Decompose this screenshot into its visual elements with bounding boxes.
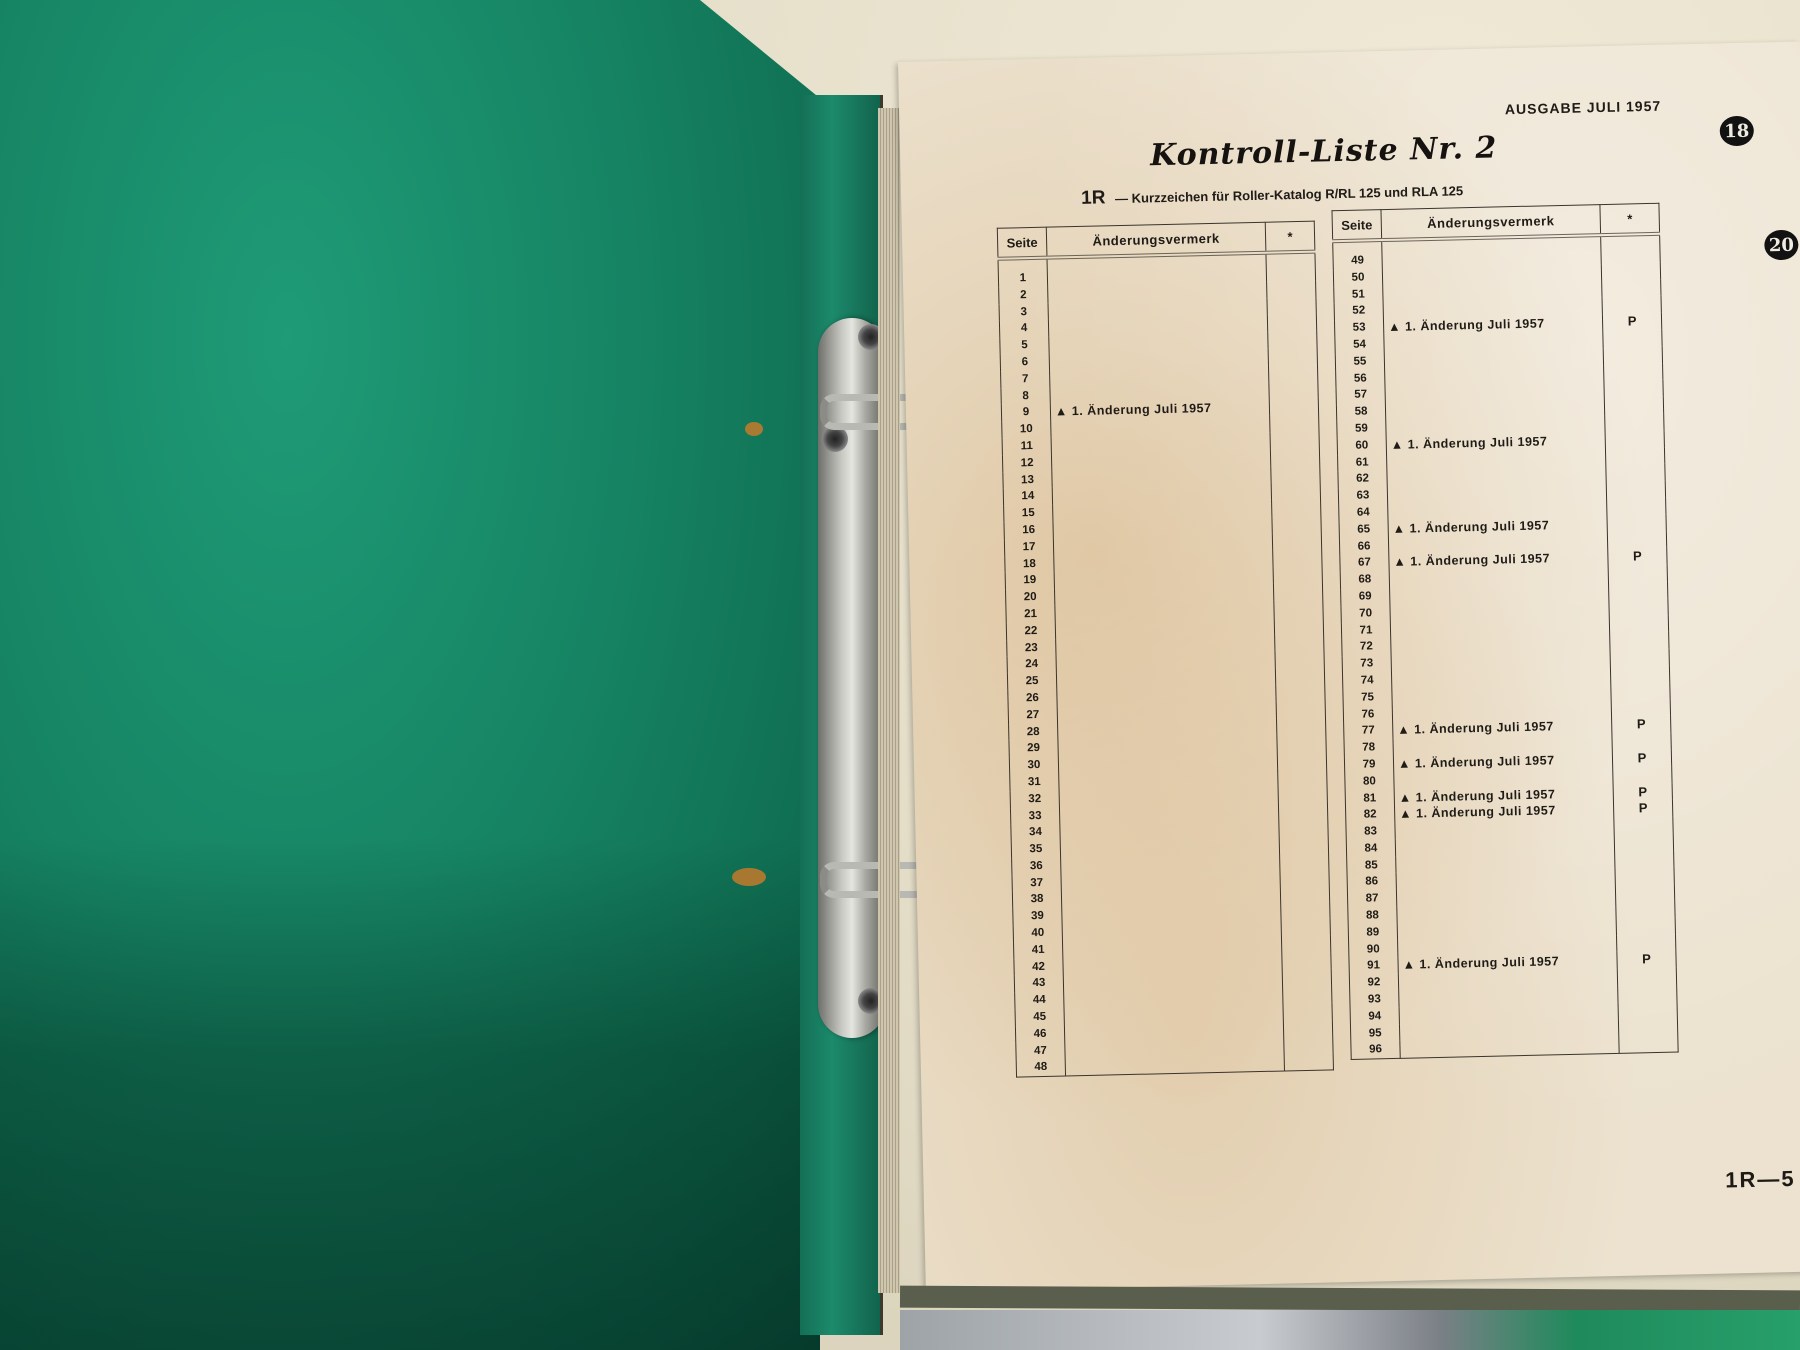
cell-mark (1608, 565, 1667, 583)
cell-seite: 67 (1340, 554, 1389, 572)
cell-mark: P (1612, 716, 1671, 734)
header-vermerk: Änderungsvermerk (1046, 222, 1266, 257)
cell-seite: 57 (1336, 386, 1385, 404)
cell-mark (1604, 380, 1663, 398)
cell-mark (1610, 632, 1669, 650)
cell-seite: 50 (1333, 269, 1382, 287)
objects-under-binder (900, 1310, 1800, 1350)
cell-seite: 10 (1002, 421, 1051, 439)
cell-seite: 15 (1004, 505, 1053, 523)
cell-seite: 24 (1007, 656, 1056, 674)
cell-seite: 17 (1004, 538, 1053, 556)
cell-mark (1266, 252, 1316, 282)
cell-seite: 39 (1013, 908, 1062, 926)
cell-seite: 48 (1016, 1059, 1065, 1077)
cell-mark (1275, 650, 1324, 668)
cell-seite: 38 (1012, 891, 1061, 909)
header-mark: * (1600, 203, 1660, 235)
cell-mark (1619, 1035, 1678, 1054)
cell-mark (1271, 482, 1320, 500)
cell-seite: 89 (1348, 924, 1397, 942)
cell-mark (1276, 683, 1325, 701)
cell-mark (1271, 465, 1320, 483)
cell-mark (1268, 331, 1317, 349)
header-vermerk: Änderungsvermerk (1381, 205, 1601, 240)
cell-seite: 52 (1334, 302, 1383, 320)
cell-seite: 66 (1339, 538, 1388, 556)
cell-mark (1609, 598, 1668, 616)
cell-seite: 60 (1337, 437, 1386, 455)
cell-seite: 26 (1008, 689, 1057, 707)
cell-seite: 93 (1350, 991, 1399, 1009)
cell-seite: 12 (1002, 454, 1051, 472)
cell-seite: 91 (1349, 957, 1398, 975)
cell-mark (1277, 734, 1326, 752)
cell-seite: 83 (1346, 823, 1395, 841)
cell-mark (1267, 297, 1316, 315)
rust-stain (745, 422, 763, 436)
subtitle-text: — Kurzzeichen für Roller-Katalog R/RL 12… (1115, 183, 1463, 206)
cell-mark (1602, 279, 1661, 297)
cell-mark (1278, 801, 1327, 819)
cell-seite: 1 (998, 258, 1048, 288)
cell-mark: P (1613, 783, 1672, 801)
cell-mark (1283, 1019, 1332, 1037)
header-seite: Seite (997, 227, 1047, 259)
cell-seite: 65 (1339, 521, 1388, 539)
cell-seite: 86 (1347, 873, 1396, 891)
cell-mark (1269, 381, 1318, 399)
cell-seite: 56 (1336, 370, 1385, 388)
cell-seite: 27 (1008, 706, 1057, 724)
cell-seite: 74 (1342, 672, 1391, 690)
cell-seite: 47 (1016, 1042, 1065, 1060)
cell-seite: 9 (1001, 404, 1050, 422)
cell-mark (1605, 414, 1664, 432)
tab-badge-18[interactable]: 18 (1719, 116, 1754, 147)
page-number: 1R—5 (1725, 1166, 1796, 1194)
cell-seite: 7 (1001, 370, 1050, 388)
cell-seite: 78 (1344, 739, 1393, 757)
cell-seite: 54 (1335, 336, 1384, 354)
cell-seite: 75 (1343, 689, 1392, 707)
cell-seite: 31 (1010, 773, 1059, 791)
cell-seite: 90 (1349, 941, 1398, 959)
cell-mark: P (1608, 548, 1667, 566)
cell-mark (1272, 499, 1321, 517)
cell-mark (1280, 851, 1329, 869)
cell-mark (1273, 583, 1322, 601)
cell-mark (1273, 566, 1322, 584)
cell-mark (1270, 432, 1319, 450)
cell-seite: 25 (1007, 673, 1056, 691)
cell-seite: 94 (1350, 1008, 1399, 1026)
cell-mark: P (1602, 313, 1661, 331)
cell-seite: 20 (1006, 589, 1055, 607)
cell-mark: P (1613, 800, 1672, 818)
cell-mark (1617, 968, 1676, 986)
document-subtitle: 1R — Kurzzeichen für Roller-Katalog R/RL… (1081, 179, 1463, 210)
cell-mark (1605, 447, 1664, 465)
cell-mark (1610, 666, 1669, 684)
cell-seite: 85 (1347, 857, 1396, 875)
cell-seite: 2 (999, 286, 1048, 304)
cell-seite: 6 (1000, 354, 1049, 372)
cell-seite: 11 (1002, 438, 1051, 456)
cell-mark (1268, 348, 1317, 366)
cell-seite: 35 (1011, 841, 1060, 859)
cell-seite: 73 (1342, 655, 1391, 673)
cell-seite: 84 (1346, 840, 1395, 858)
cell-mark (1282, 969, 1331, 987)
cell-seite: 87 (1347, 890, 1396, 908)
cell-mark (1613, 766, 1672, 784)
cell-seite: 92 (1349, 974, 1398, 992)
cell-seite: 58 (1336, 403, 1385, 421)
cell-seite: 61 (1338, 454, 1387, 472)
cell-seite: 4 (999, 320, 1048, 338)
cell-seite: 28 (1009, 723, 1058, 741)
cell-seite: 68 (1340, 571, 1389, 589)
cell-seite: 70 (1341, 605, 1390, 623)
cell-seite: 33 (1010, 807, 1059, 825)
cell-seite: 3 (999, 303, 1048, 321)
cell-seite: 79 (1344, 756, 1393, 774)
cell-seite: 21 (1006, 606, 1055, 624)
cell-mark (1604, 397, 1663, 415)
cell-mark (1615, 867, 1674, 885)
cell-mark (1277, 751, 1326, 769)
cell-mark (1614, 834, 1673, 852)
cell-mark (1281, 935, 1330, 953)
cell-mark (1273, 549, 1322, 567)
cell-seite: 8 (1001, 387, 1050, 405)
cell-mark (1272, 515, 1321, 533)
cell-seite: 64 (1339, 504, 1388, 522)
cell-seite: 82 (1346, 806, 1395, 824)
cell-seite: 44 (1015, 992, 1064, 1010)
cell-mark (1609, 582, 1668, 600)
cell-mark (1279, 835, 1328, 853)
cell-seite: 76 (1343, 705, 1392, 723)
cell-mark (1278, 767, 1327, 785)
cell-mark (1276, 700, 1325, 718)
cell-mark (1614, 817, 1673, 835)
cell-mark (1282, 952, 1331, 970)
control-table-right: Seite Änderungsvermerk * 4950515253▲ 1. … (1331, 203, 1678, 1060)
cell-seite: 23 (1007, 639, 1056, 657)
cell-mark (1610, 649, 1669, 667)
cell-mark (1268, 364, 1317, 382)
cell-mark (1618, 1001, 1677, 1019)
cell-mark (1284, 1053, 1333, 1071)
page-bottom-edge (900, 1286, 1800, 1313)
cell-mark (1276, 717, 1325, 735)
cell-seite: 63 (1338, 487, 1387, 505)
cell-seite: 46 (1015, 1025, 1064, 1043)
cell-vermerk (1065, 1054, 1284, 1076)
rust-stain (732, 868, 766, 886)
cell-seite: 37 (1012, 874, 1061, 892)
cell-vermerk (1400, 1036, 1619, 1058)
cell-mark (1280, 885, 1329, 903)
cell-seite: 29 (1009, 740, 1058, 758)
cell-mark (1281, 902, 1330, 920)
cell-seite: 30 (1009, 757, 1058, 775)
cell-seite: 88 (1348, 907, 1397, 925)
cell-seite: 32 (1010, 790, 1059, 808)
cell-mark (1270, 448, 1319, 466)
cell-seite: 62 (1338, 470, 1387, 488)
cell-mark (1274, 616, 1323, 634)
cell-seite: 80 (1345, 773, 1394, 791)
cell-mark (1284, 1036, 1333, 1054)
cell-mark (1270, 415, 1319, 433)
cell-seite: 18 (1005, 555, 1054, 573)
cell-mark (1618, 1018, 1677, 1036)
cell-mark (1602, 296, 1661, 314)
cell-mark (1274, 599, 1323, 617)
cell-mark (1601, 263, 1660, 281)
cell-mark (1601, 234, 1661, 264)
cell-mark (1611, 682, 1670, 700)
cell-mark (1603, 330, 1662, 348)
cell-seite: 95 (1350, 1025, 1399, 1043)
cell-seite: 59 (1337, 420, 1386, 438)
cell-mark (1612, 733, 1671, 751)
cell-seite: 36 (1012, 857, 1061, 875)
cell-seite: 16 (1004, 522, 1053, 540)
cell-mark (1280, 868, 1329, 886)
cell-mark (1281, 918, 1330, 936)
cell-seite: 19 (1005, 572, 1054, 590)
cell-mark (1605, 430, 1664, 448)
cell-mark (1283, 1002, 1332, 1020)
cell-seite: 42 (1014, 958, 1063, 976)
cell-mark (1611, 699, 1670, 717)
cell-seite: 69 (1341, 588, 1390, 606)
cell-mark: P (1617, 951, 1676, 969)
cell-mark (1275, 667, 1324, 685)
control-table-left: Seite Änderungsvermerk * 123456789▲ 1. Ä… (997, 221, 1334, 1078)
cell-mark (1278, 784, 1327, 802)
cell-seite: 77 (1344, 722, 1393, 740)
cell-mark (1607, 531, 1666, 549)
edition-label: AUSGABE JULI 1957 (1505, 98, 1662, 118)
cell-seite: 71 (1341, 622, 1390, 640)
table-body-left: 123456789▲ 1. Änderung Juli 195710111213… (998, 252, 1333, 1078)
cell-seite: 34 (1011, 824, 1060, 842)
cell-seite: 81 (1345, 789, 1394, 807)
cell-mark (1267, 280, 1316, 298)
cell-mark (1283, 986, 1332, 1004)
cell-seite: 22 (1006, 622, 1055, 640)
cell-mark (1607, 514, 1666, 532)
cell-mark (1272, 532, 1321, 550)
cell-seite: 43 (1014, 975, 1063, 993)
cell-mark (1616, 917, 1675, 935)
cell-mark (1603, 347, 1662, 365)
cell-mark (1606, 464, 1665, 482)
cell-mark (1609, 615, 1668, 633)
cell-seite: 96 (1351, 1041, 1400, 1059)
document-page: AUSGABE JULI 1957 Kontroll-Liste Nr. 2 1… (898, 42, 1800, 1292)
cell-seite: 14 (1003, 488, 1052, 506)
cell-seite: 45 (1015, 1009, 1064, 1027)
cell-mark (1618, 985, 1677, 1003)
cell-mark (1275, 633, 1324, 651)
header-mark: * (1265, 221, 1315, 253)
document-title: Kontroll-Liste Nr. 2 (1150, 130, 1498, 173)
cell-mark (1607, 498, 1666, 516)
cell-mark (1617, 934, 1676, 952)
photo-scene: AUSGABE JULI 1957 Kontroll-Liste Nr. 2 1… (0, 0, 1800, 1350)
tab-badge-20[interactable]: 20 (1764, 230, 1799, 261)
binder-front-cover (0, 0, 820, 1350)
cell-seite: 53 (1334, 319, 1383, 337)
cell-mark: P (1612, 750, 1671, 768)
header-seite: Seite (1332, 210, 1382, 242)
cell-mark (1604, 363, 1663, 381)
cell-seite: 72 (1342, 638, 1391, 656)
cell-mark (1615, 850, 1674, 868)
cell-seite: 49 (1333, 240, 1383, 270)
cell-seite: 13 (1003, 471, 1052, 489)
cell-mark (1615, 884, 1674, 902)
cell-mark (1267, 314, 1316, 332)
cell-seite: 41 (1014, 941, 1063, 959)
cell-mark (1616, 901, 1675, 919)
cell-seite: 40 (1013, 925, 1062, 943)
page-stack-edge (878, 108, 900, 1293)
table-body-right: 4950515253▲ 1. Änderung Juli 1957P545556… (1333, 234, 1678, 1060)
cell-mark (1279, 818, 1328, 836)
cell-seite: 51 (1334, 286, 1383, 304)
subtitle-code: 1R (1081, 187, 1106, 209)
cell-seite: 5 (1000, 337, 1049, 355)
cell-mark (1269, 398, 1318, 416)
cell-seite: 55 (1335, 353, 1384, 371)
cell-mark (1606, 481, 1665, 499)
